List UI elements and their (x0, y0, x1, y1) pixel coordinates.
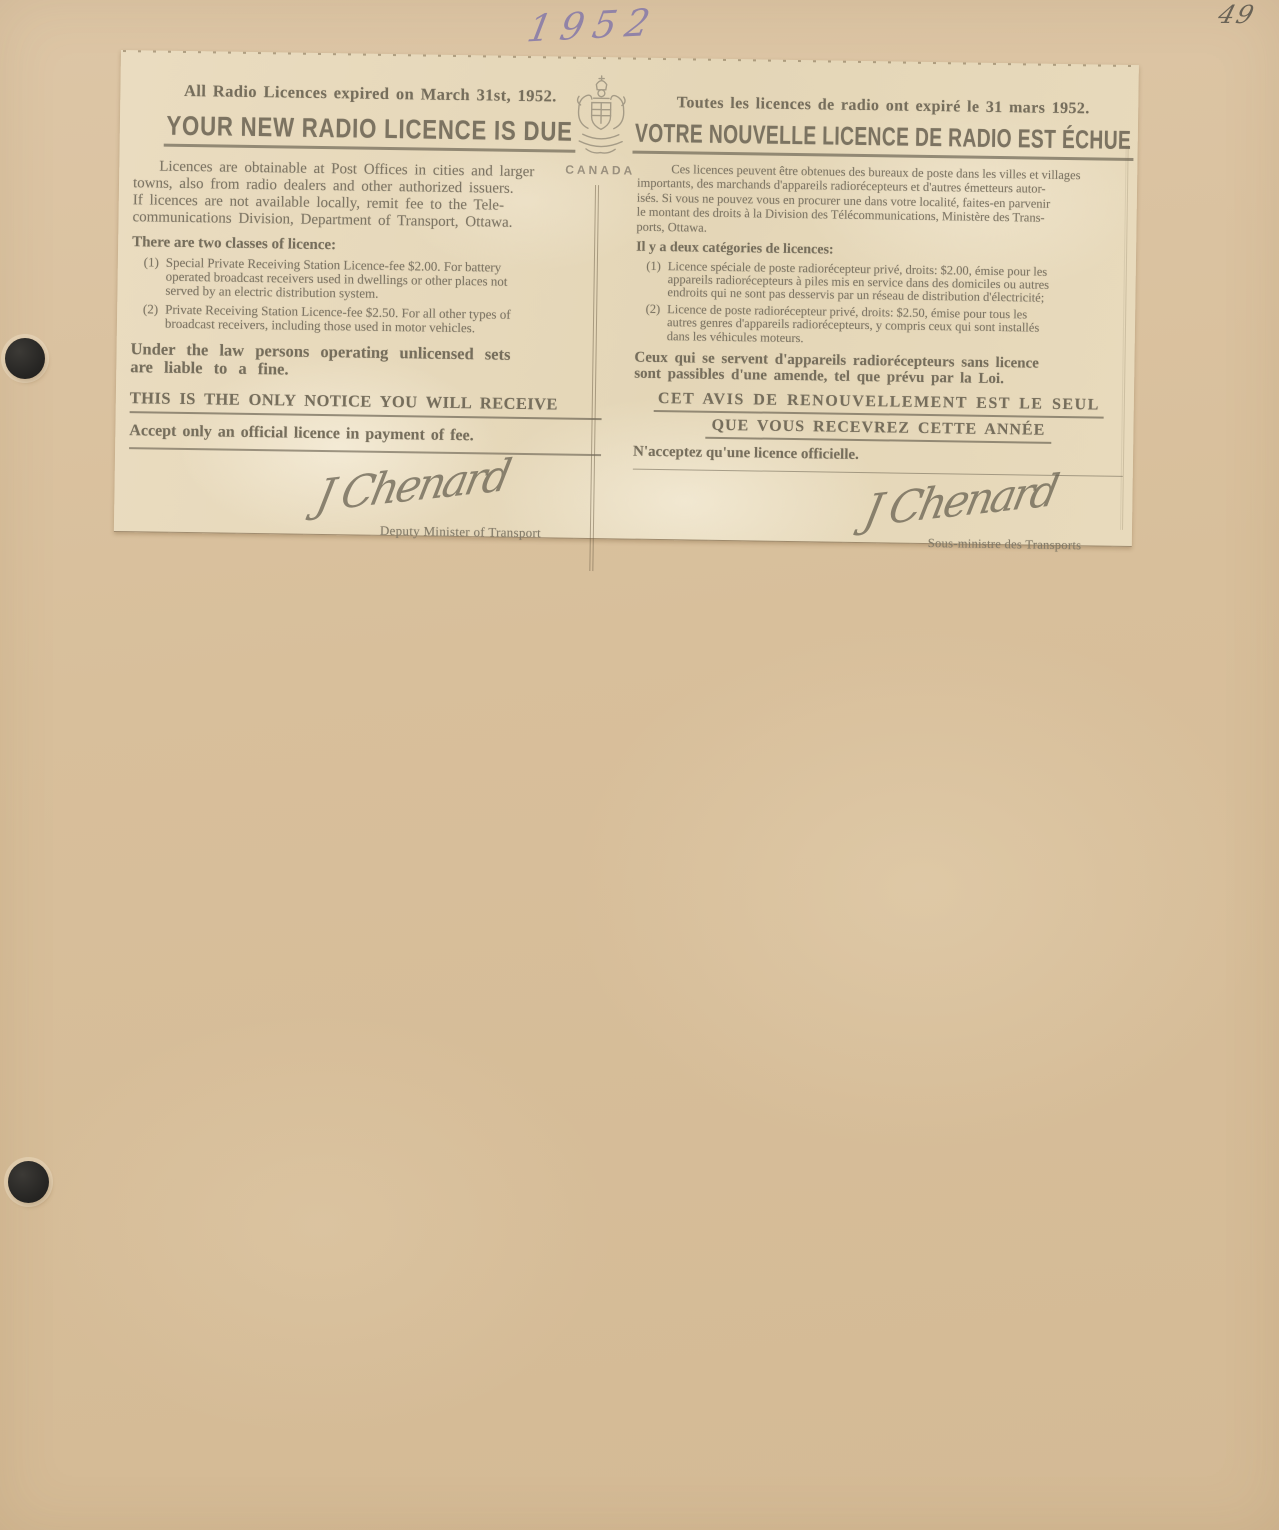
english-licence-item-2: (2) Private Receiving Station Licence-fe… (131, 302, 603, 338)
french-only-notice-line2: QUE VOUS RECEVREZ CETTE ANNÉE (705, 417, 1051, 444)
english-signature-title: Deputy Minister of Transport (380, 522, 541, 540)
licence-notice: CANADA All Radio Licences expired on Mar… (114, 50, 1139, 547)
english-headline: YOUR NEW RADIO LICENCE IS DUE (164, 111, 576, 153)
item-text: Private Receiving Station Licence-fee $2… (165, 302, 603, 337)
english-intro-paragraph: Licences are obtainable at Post Offices … (132, 158, 605, 233)
item-number: (2) (635, 303, 668, 343)
english-only-notice-line: THIS IS THE ONLY NOTICE YOU WILL RECEIVE (130, 388, 602, 420)
hole-punch-top (5, 338, 45, 379)
french-headline: VOTRE NOUVELLE LICENCE DE RADIO EST ÉCHU… (632, 118, 1133, 161)
english-section: All Radio Licences expired on March 31st… (128, 72, 607, 547)
item-number: (2) (131, 302, 165, 331)
french-signature-area: J Chenard Sous-ministre des Transports (632, 470, 1123, 557)
hole-punch-bottom (8, 1161, 49, 1203)
french-intro-paragraph: Ces licences peuvent être obtenues des b… (636, 162, 1127, 241)
english-expiry-line: All Radio Licences expired on March 31st… (134, 80, 606, 107)
item-text: Special Private Receiving Station Licenc… (165, 255, 604, 304)
item-text: Licence de poste radiorécepteur privé, d… (667, 303, 1126, 349)
english-signature: J Chenard (312, 450, 513, 522)
item-number: (1) (635, 260, 668, 300)
french-headline-wrap: VOTRE NOUVELLE LICENCE DE RADIO EST ÉCHU… (638, 118, 1128, 161)
english-warning: Under the law persons operating unlicens… (130, 340, 602, 383)
scrapbook-page: 1952 49 (0, 0, 1279, 1530)
item-number: (1) (131, 255, 166, 298)
page-number: 49 (1215, 0, 1259, 29)
handwritten-year: 1952 (524, 0, 662, 50)
item-text: Licence spéciale de poste radiorécepteur… (667, 260, 1126, 306)
french-licence-item-1: (1) Licence spéciale de poste radiorécep… (635, 260, 1126, 307)
french-signature: J Chenard (860, 466, 1061, 538)
french-expiry-line: Toutes les licences de radio ont expiré … (638, 94, 1128, 119)
english-licence-item-1: (1) Special Private Receiving Station Li… (131, 255, 604, 305)
french-section: Toutes les licences de radio ont expiré … (632, 90, 1129, 557)
french-licence-item-2: (2) Licence de poste radiorécepteur priv… (635, 303, 1126, 350)
english-signature-area: J Chenard Deputy Minister of Transport (128, 449, 601, 548)
english-headline-wrap: YOUR NEW RADIO LICENCE IS DUE (134, 110, 606, 153)
french-signature-title: Sous-ministre des Transports (928, 536, 1082, 553)
